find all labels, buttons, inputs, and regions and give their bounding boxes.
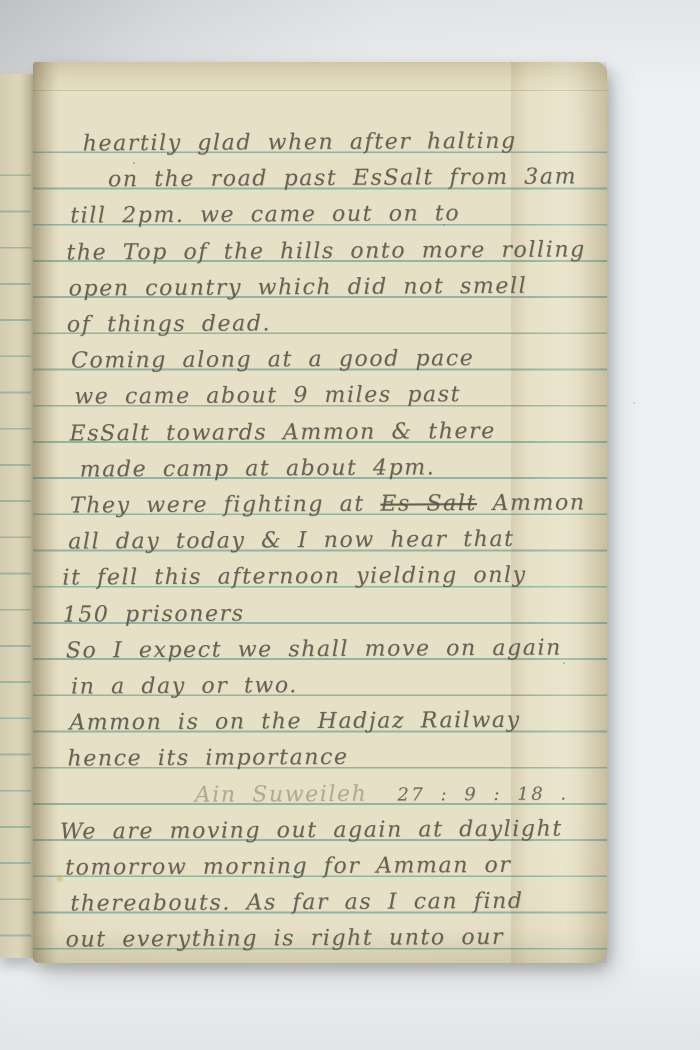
handwritten-text: EsSalt towards Ammon & there [69, 419, 495, 447]
entry-date: 27 : 9 : 18 . [397, 783, 568, 805]
page-stack-ruled-lines [0, 140, 31, 940]
handwritten-line: They were fighting at Es Salt Ammon [70, 488, 586, 521]
handwritten-line: made camp at about 4pm. [80, 453, 436, 485]
handwritten-text: in a day or two. [71, 673, 298, 699]
handwritten-text: hence its importance [67, 745, 348, 772]
handwritten-line: thereabouts. As far as I can find [70, 887, 523, 920]
handwritten-text: So I expect we shall move on again [66, 635, 562, 663]
handwritten-line: hence its importance [67, 743, 348, 775]
handwritten-line: So I expect we shall move on again [66, 633, 562, 666]
handwritten-line: tomorrow morning for Amman or [65, 851, 512, 884]
handwritten-text: all day today & I now hear that [68, 527, 515, 555]
handwritten-line: in a day or two. [71, 671, 298, 702]
handwritten-line: of things dead. [67, 309, 271, 340]
handwritten-line: till 2pm. we came out on to [70, 200, 460, 232]
strikethrough-text: Es Salt [380, 491, 477, 517]
handwritten-text: heartily glad when after halting [83, 129, 517, 157]
handwritten-line: the Top of the hills onto more rolling [66, 235, 586, 268]
handwritten-text: it fell this afternoon yielding only [62, 563, 526, 591]
place-name: Ain Suweileh [195, 781, 368, 807]
handwritten-line: Ammon is on the Hadjaz Railway [69, 706, 520, 739]
handwritten-text: Coming along at a good pace [71, 346, 474, 373]
page-stack-edge [0, 74, 34, 958]
handwritten-line: We are moving out again at daylight [60, 814, 563, 847]
handwritten-text: made camp at about 4pm. [80, 455, 436, 482]
handwritten-line: Coming along at a good pace [71, 344, 474, 376]
photo-backdrop: heartily glad when after haltingon the r… [0, 0, 700, 1050]
handwritten-text: of things dead. [67, 311, 271, 337]
notebook-page: heartily glad when after haltingon the r… [33, 62, 607, 963]
handwritten-text: We are moving out again at daylight [60, 816, 563, 844]
handwritten-line: out everything is right unto our [66, 923, 505, 956]
handwritten-text: open country which did not smell [69, 274, 528, 302]
handwritten-line: open country which did not smell [69, 272, 528, 305]
handwritten-line: all day today & I now hear that [68, 525, 515, 558]
handwritten-line: EsSalt towards Ammon & there [69, 417, 495, 450]
handwritten-text: They were fighting at [70, 492, 381, 519]
handwritten-line: we came about 9 miles past [74, 381, 461, 413]
handwritten-text: Ammon [477, 490, 586, 516]
handwritten-text: tomorrow morning for Amman or [65, 853, 511, 881]
handwritten-line: 150 prisoners [63, 599, 245, 630]
handwritten-text: on the road past EsSalt from 3am [108, 165, 577, 193]
handwritten-text: 150 prisoners [63, 601, 245, 627]
handwritten-text: out everything is right unto our [66, 925, 505, 953]
handwritten-line: heartily glad when after halting [83, 127, 517, 160]
handwritten-line: it fell this afternoon yielding only [62, 561, 526, 594]
handwritten-text: thereabouts. As far as I can find [70, 889, 523, 917]
handwritten-line: Ain Suweileh27 : 9 : 18 . [195, 778, 569, 810]
handwritten-text: the Top of the hills onto more rolling [66, 237, 585, 265]
handwritten-text: till 2pm. we came out on to [70, 202, 460, 229]
handwriting-layer: heartily glad when after haltingon the r… [30, 60, 609, 964]
handwritten-line: on the road past EsSalt from 3am [108, 163, 577, 196]
handwritten-text: Ammon is on the Hadjaz Railway [69, 708, 520, 736]
handwritten-text: we came about 9 miles past [74, 383, 461, 410]
